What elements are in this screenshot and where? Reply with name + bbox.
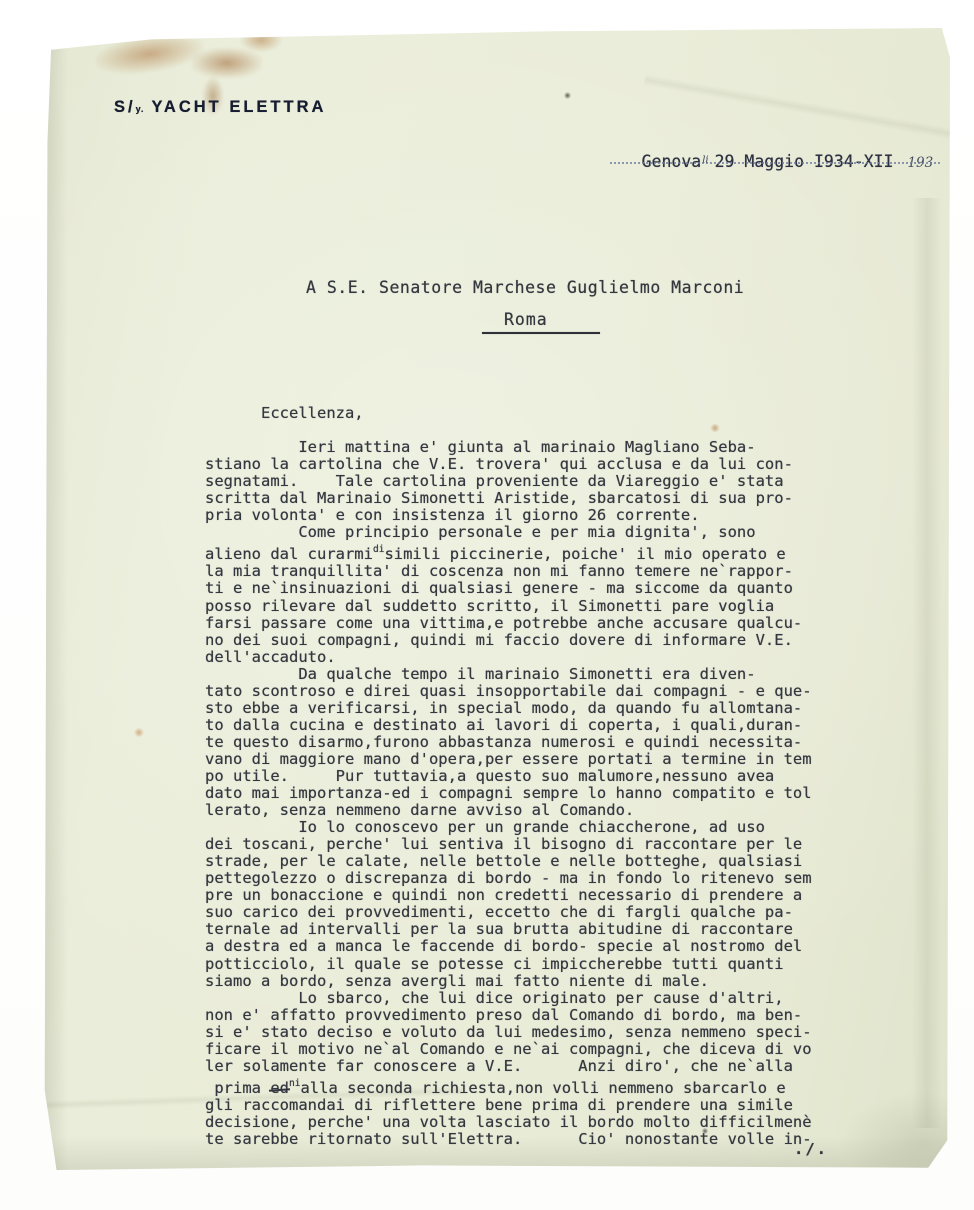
body-line: potticciolo, il quale se potesse ci impi… xyxy=(205,956,885,973)
body-line: dato mai importanza-ed i compagni sempre… xyxy=(205,785,885,802)
body-line: posso rilevare dal suddetto scritto, il … xyxy=(205,598,885,615)
body-line: dei toscani, perche' lui sentiva il biso… xyxy=(205,836,885,853)
body-line: vano di maggiore mano d'opera,per essere… xyxy=(205,751,885,768)
body-line: ficare il motivo ne`al Comando e ne`ai c… xyxy=(205,1041,885,1058)
body-line: pettegolezzo o discrepanza di bordo - ma… xyxy=(205,870,885,887)
rust-stain xyxy=(92,29,206,80)
body-line: te sarebbe ritornato sull'Elettra. Cio' … xyxy=(205,1131,885,1148)
body-line: stiano la cartolina che V.E. trovera' qu… xyxy=(205,456,885,473)
body-line: prima ednialla seconda richiesta,non vol… xyxy=(205,1075,885,1097)
letterhead-prefix: S/ xyxy=(114,98,136,116)
body-line: gli raccomandai di riflettere bene prima… xyxy=(205,1097,885,1114)
rust-stain xyxy=(240,28,282,52)
letter-body: Eccellenza, Ieri mattina e' giunta al ma… xyxy=(205,405,885,1148)
body-line: siamo a bordo, senza avergli mai fatto n… xyxy=(205,973,885,990)
body-line xyxy=(205,422,885,439)
recipient-city: Roma xyxy=(504,310,548,329)
body-line: scritta dal Marinaio Simonetti Aristide,… xyxy=(205,490,885,507)
body-line: Eccellenza, xyxy=(205,405,885,422)
body-line: sto ebbe a verificarsi, in special modo,… xyxy=(205,700,885,717)
body-line: si e' stato deciso e voluto da lui medes… xyxy=(205,1024,885,1041)
body-line: ti e ne`insinuazioni di qualsiasi genere… xyxy=(205,580,885,597)
body-line: decisione, perche' una volta lasciato il… xyxy=(205,1114,885,1131)
body-line: ler solamente far conoscere a V.E. Anzi … xyxy=(205,1058,885,1075)
body-line: la mia tranquillita' di coscenza non mi … xyxy=(205,563,885,580)
body-line: to dalla cucina e destinato ai lavori di… xyxy=(205,717,885,734)
body-line: Io lo conoscevo per un grande chiacchero… xyxy=(205,819,885,836)
body-line: a destra ed a manca le faccende di bordo… xyxy=(205,938,885,955)
struck-out-text: ed xyxy=(270,1079,289,1097)
body-line: lerato, senza nemmeno darne avviso al Co… xyxy=(205,802,885,819)
letter-paper: S/y.YACHT ELETTRA Genovali29 Maggio I934… xyxy=(42,28,950,1170)
body-line: suo carico dei provvedimenti, eccetto ch… xyxy=(205,904,885,921)
typed-insertion: ni xyxy=(289,1078,300,1089)
body-line: segnatami. Tale cartolina proveniente da… xyxy=(205,473,885,490)
letterhead-yacht-name: YACHT ELETTRA xyxy=(151,98,326,116)
body-line: po utile. Pur tuttavia,a questo suo malu… xyxy=(205,768,885,785)
letterhead: S/y.YACHT ELETTRA xyxy=(114,98,326,117)
body-line: Lo sbarco, che lui dice originato per ca… xyxy=(205,990,885,1007)
ink-speck xyxy=(564,92,571,99)
rust-speck xyxy=(134,728,144,737)
body-line: non e' affatto provvedimento preso dal C… xyxy=(205,1007,885,1024)
body-line: pria volonta' e con insistenza il giorno… xyxy=(205,507,885,524)
body-line: Ieri mattina e' giunta al marinaio Magli… xyxy=(205,439,885,456)
body-line: Da qualche tempo il marinaio Simonetti e… xyxy=(205,666,885,683)
paper-fold-crease xyxy=(912,198,942,1128)
recipient-city-underline xyxy=(482,332,600,334)
letterhead-small-mark: y. xyxy=(136,104,145,114)
scan-background: S/y.YACHT ELETTRA Genovali29 Maggio I934… xyxy=(0,0,974,1210)
body-line: tato scontroso e direi quasi insopportab… xyxy=(205,683,885,700)
recipient-name: A S.E. Senatore Marchese Guglielmo Marco… xyxy=(306,278,744,297)
continuation-mark: ./. xyxy=(794,1140,828,1158)
body-line: no dei suoi compagni, quindi mi faccio d… xyxy=(205,632,885,649)
typed-insertion: di xyxy=(373,544,384,555)
paper-edge-shading xyxy=(42,28,68,1170)
body-line: pre un bonaccione e quindi non credetti … xyxy=(205,887,885,904)
body-line: Come principio personale e per mia digni… xyxy=(205,524,885,541)
dateline-dotted-underline xyxy=(610,160,940,164)
body-line: alieno dal curarmidisimili piccinerie, p… xyxy=(205,541,885,563)
rust-stain xyxy=(192,48,262,78)
body-line: farsi passare come una vittima,e potrebb… xyxy=(205,615,885,632)
body-line: ternale ad intervalli per la sua brutta … xyxy=(205,921,885,938)
body-line: te questo disarmo,furono abbastanza nume… xyxy=(205,734,885,751)
body-line: dell'accaduto. xyxy=(205,649,885,666)
body-line: strade, per le calate, nelle bettole e n… xyxy=(205,853,885,870)
